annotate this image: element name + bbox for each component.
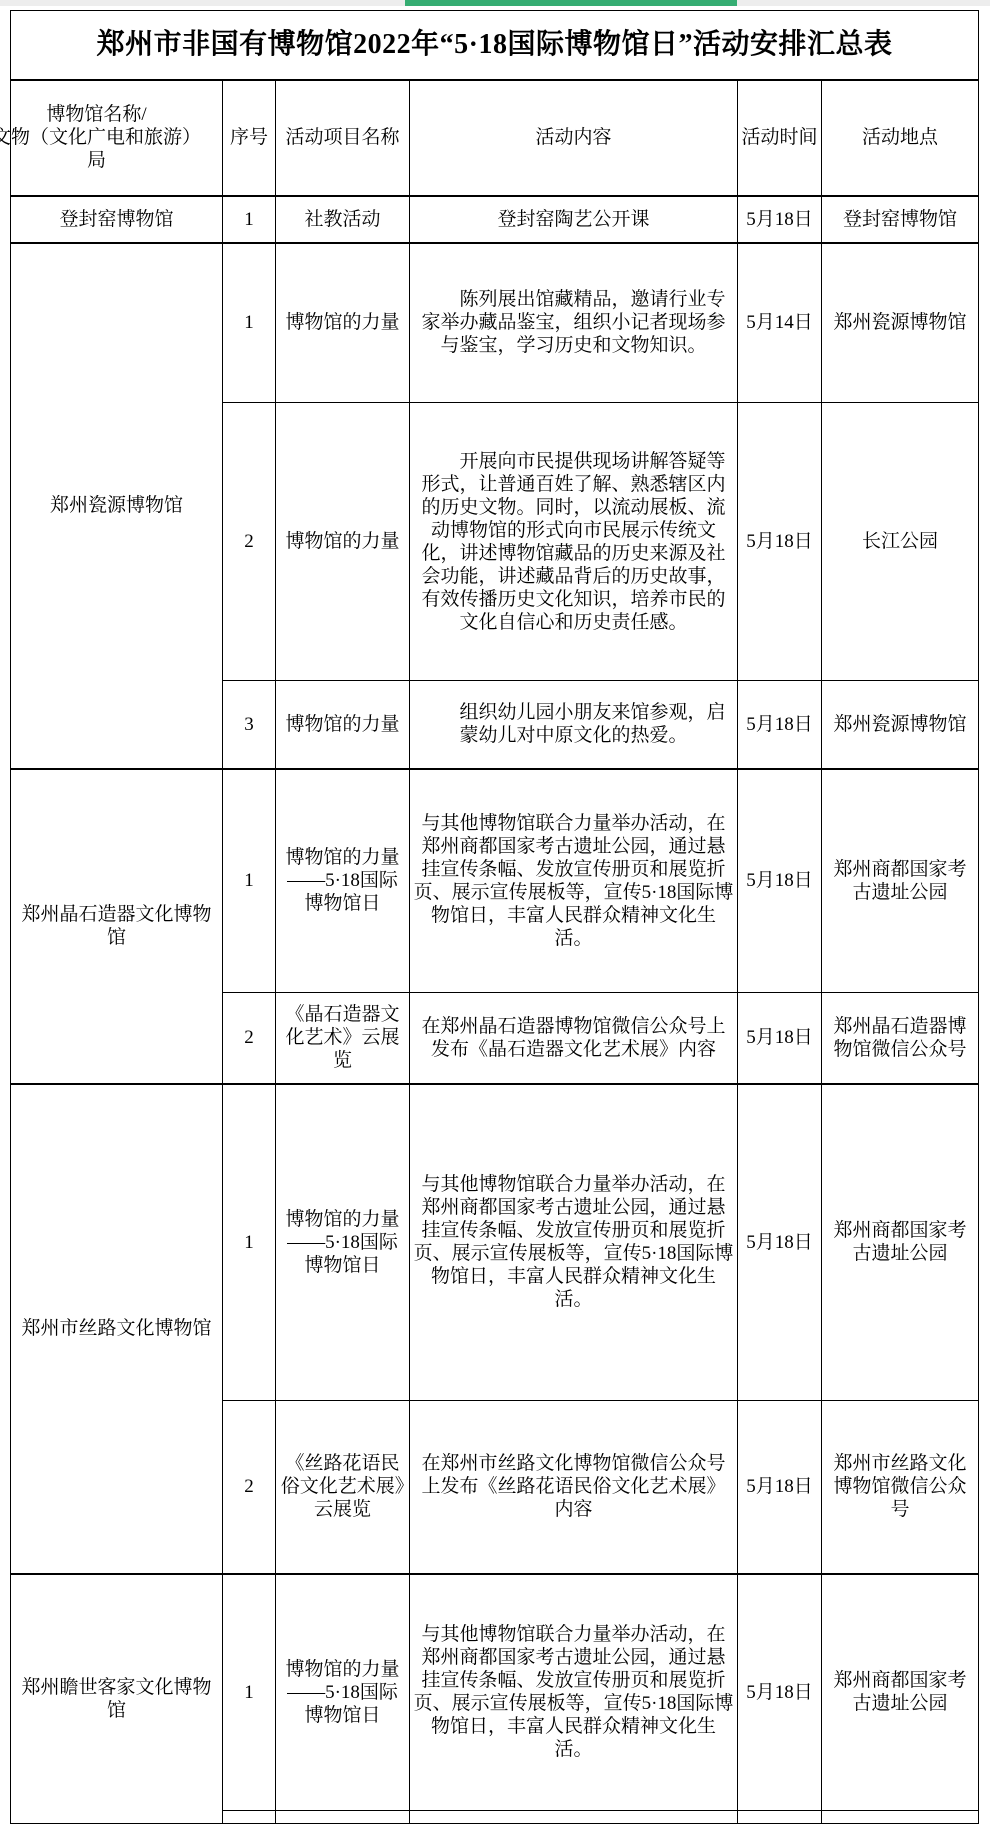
header-museum-label: 博物馆名称/ 文物（文化广电和旅游） 局 (0, 103, 219, 172)
table-row: 登封窑博物馆 1 社教活动 登封窑陶艺公开课 5月18日 登封窑博物馆 (11, 196, 979, 243)
header-museum-line1: 博物馆名称/ (0, 103, 219, 126)
content-cell (410, 1811, 738, 1824)
museum-cell: 郑州瓷源博物馆 (11, 243, 223, 769)
museum-cell: 郑州市丝路文化博物馆 (11, 1084, 223, 1574)
location-cell: 郑州商都国家考古遗址公园 (822, 1084, 979, 1401)
seq-cell: 1 (223, 1084, 276, 1401)
content-cell: 与其他博物馆联合力量举办活动，在郑州商都国家考古遗址公园，通过悬挂宣传条幅、发放… (410, 1574, 738, 1811)
content-cell: 与其他博物馆联合力量举办活动，在郑州商都国家考古遗址公园，通过悬挂宣传条幅、发放… (410, 769, 738, 993)
time-cell: 5月18日 (738, 196, 822, 243)
page-title: 郑州市非国有博物馆2022年“5·18国际博物馆日”活动安排汇总表 (14, 33, 975, 56)
time-cell: 5月18日 (738, 769, 822, 993)
location-cell: 郑州市丝路文化博物馆微信公众号 (822, 1401, 979, 1574)
project-cell: 博物馆的力量 (276, 243, 410, 403)
seq-cell: 2 (223, 1401, 276, 1574)
location-cell: 郑州瓷源博物馆 (822, 243, 979, 403)
project-cell: 《丝路花语民俗文化艺术展》云展览 (276, 1401, 410, 1574)
activity-summary-table: 郑州市非国有博物馆2022年“5·18国际博物馆日”活动安排汇总表 博物馆名称/… (10, 10, 979, 1824)
seq-cell: 2 (223, 403, 276, 681)
time-cell: 5月14日 (738, 243, 822, 403)
horizontal-scrollbar-thumb[interactable] (405, 0, 737, 6)
project-cell: 博物馆的力量——5·18国际博物馆日 (276, 769, 410, 993)
time-cell: 5月18日 (738, 1574, 822, 1811)
seq-cell: 1 (223, 769, 276, 993)
content-cell: 组织幼儿园小朋友来馆参观，启蒙幼儿对中原文化的热爱。 (410, 681, 738, 769)
seq-cell: 1 (223, 243, 276, 403)
table-row: 郑州市非国有博物馆2022年“5·18国际博物馆日”活动安排汇总表 (11, 11, 979, 80)
time-cell: 5月18日 (738, 403, 822, 681)
table-row: 郑州瓷源博物馆 1 博物馆的力量 陈列展出馆藏精品，邀请行业专家举办藏品鉴宝，组… (11, 243, 979, 403)
content-cell: 与其他博物馆联合力量举办活动，在郑州商都国家考古遗址公园，通过悬挂宣传条幅、发放… (410, 1084, 738, 1401)
seq-cell: 3 (223, 681, 276, 769)
location-cell: 郑州商都国家考古遗址公园 (822, 1574, 979, 1811)
project-cell: 社教活动 (276, 196, 410, 243)
time-cell: 5月18日 (738, 681, 822, 769)
project-cell: 博物馆的力量 (276, 681, 410, 769)
content-cell: 开展向市民提供现场讲解答疑等形式，让普通百姓了解、熟悉辖区内的历史文物。同时，以… (410, 403, 738, 681)
time-cell: 5月18日 (738, 1084, 822, 1401)
time-cell (738, 1811, 822, 1824)
project-cell: 博物馆的力量——5·18国际博物馆日 (276, 1574, 410, 1811)
seq-cell: 1 (223, 196, 276, 243)
project-cell: 博物馆的力量 (276, 403, 410, 681)
location-cell: 登封窑博物馆 (822, 196, 979, 243)
header-location-cell: 活动地点 (822, 80, 979, 196)
project-cell (276, 1811, 410, 1824)
project-cell: 《晶石造器文化艺术》云展览 (276, 993, 410, 1084)
location-cell (822, 1811, 979, 1824)
horizontal-scrollbar-track (0, 0, 990, 6)
seq-cell: 2 (223, 993, 276, 1084)
header-project-cell: 活动项目名称 (276, 80, 410, 196)
table-row: 郑州瞻世客家文化博物馆 1 博物馆的力量——5·18国际博物馆日 与其他博物馆联… (11, 1574, 979, 1811)
title-cell: 郑州市非国有博物馆2022年“5·18国际博物馆日”活动安排汇总表 (11, 11, 979, 80)
header-museum-line2: 文物（文化广电和旅游） (0, 126, 219, 149)
spreadsheet-screenshot: { "colors": { "topbar_track": "#ededed",… (0, 0, 990, 1826)
content-cell: 在郑州市丝路文化博物馆微信公众号上发布《丝路花语民俗文化艺术展》内容 (410, 1401, 738, 1574)
project-cell: 博物馆的力量——5·18国际博物馆日 (276, 1084, 410, 1401)
museum-cell: 登封窑博物馆 (11, 196, 223, 243)
table-row: 郑州晶石造器文化博物馆 1 博物馆的力量——5·18国际博物馆日 与其他博物馆联… (11, 769, 979, 993)
location-cell: 郑州晶石造器博物馆微信公众号 (822, 993, 979, 1084)
table-header-row: 博物馆名称/ 文物（文化广电和旅游） 局 序号 活动项目名称 活动内容 活动时间… (11, 80, 979, 196)
seq-cell: 1 (223, 1574, 276, 1811)
header-no-cell: 序号 (223, 80, 276, 196)
header-content-cell: 活动内容 (410, 80, 738, 196)
header-museum-cell: 博物馆名称/ 文物（文化广电和旅游） 局 (11, 80, 223, 196)
location-cell: 郑州商都国家考古遗址公园 (822, 769, 979, 993)
time-cell: 5月18日 (738, 993, 822, 1084)
location-cell: 长江公园 (822, 403, 979, 681)
content-cell: 登封窑陶艺公开课 (410, 196, 738, 243)
header-time-cell: 活动时间 (738, 80, 822, 196)
museum-cell: 郑州瞻世客家文化博物馆 (11, 1574, 223, 1824)
time-cell: 5月18日 (738, 1401, 822, 1574)
header-museum-line3: 局 (0, 149, 219, 172)
seq-cell (223, 1811, 276, 1824)
museum-cell: 郑州晶石造器文化博物馆 (11, 769, 223, 1084)
location-cell: 郑州瓷源博物馆 (822, 681, 979, 769)
content-cell: 陈列展出馆藏精品，邀请行业专家举办藏品鉴宝，组织小记者现场参与鉴宝，学习历史和文… (410, 243, 738, 403)
table-row: 郑州市丝路文化博物馆 1 博物馆的力量——5·18国际博物馆日 与其他博物馆联合… (11, 1084, 979, 1401)
content-cell: 在郑州晶石造器博物馆微信公众号上发布《晶石造器文化艺术展》内容 (410, 993, 738, 1084)
